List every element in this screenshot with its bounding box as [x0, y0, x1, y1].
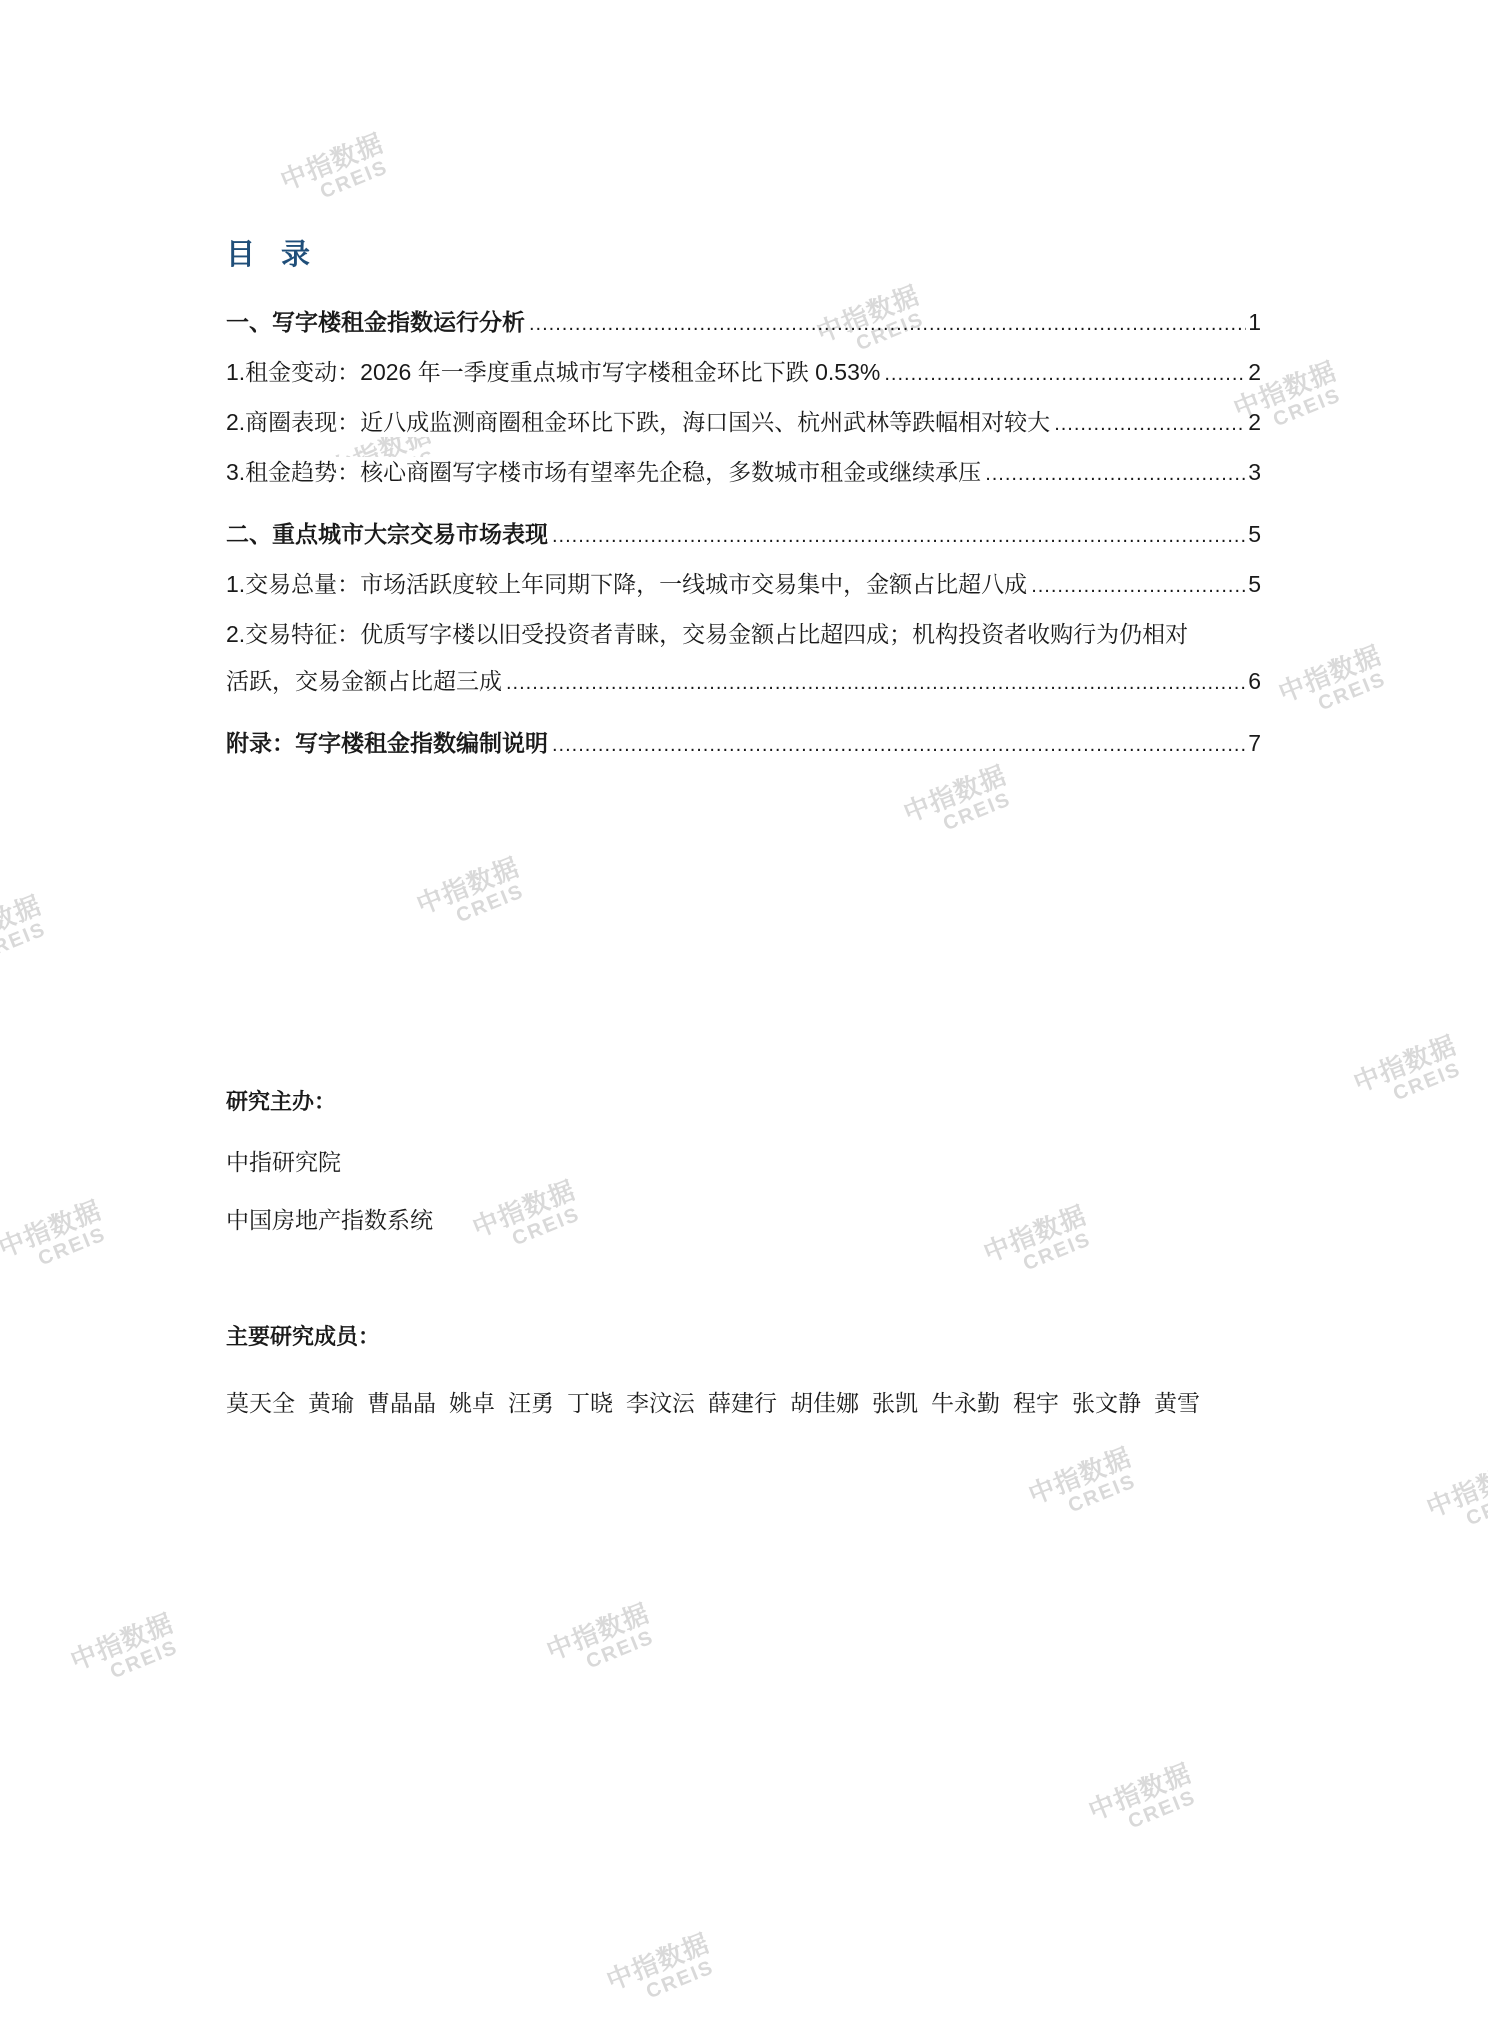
toc-title-part1: 目 [226, 239, 255, 271]
toc-entry-label: 附录：写字楼租金指数编制说明 [226, 728, 552, 758]
document-page: 中指数据CREIS 中指数据CREIS 中指数据CREIS 中指数据CREIS … [0, 0, 1488, 2019]
member-name: 张文静 [1072, 1385, 1141, 1418]
toc-leader-dots [552, 730, 1246, 760]
toc-leader-dots [506, 668, 1246, 698]
toc-leader-dots [985, 459, 1246, 489]
members-heading: 主要研究成员： [226, 1320, 380, 1351]
toc-entry-label: 1.租金变动：2026 年一季度重点城市写字楼租金环比下跌 0.53% [226, 357, 884, 387]
toc-page-number: 1 [1246, 307, 1261, 337]
watermark: 中指数据CREIS [543, 1600, 661, 1685]
member-name: 薛建行 [708, 1385, 777, 1418]
member-name: 牛永勤 [931, 1385, 1000, 1418]
toc-page-number: 2 [1246, 357, 1261, 387]
member-name: 黄雪 [1154, 1385, 1200, 1418]
toc-page-number: 5 [1246, 519, 1261, 549]
table-of-contents: 一、写字楼租金指数运行分析 1 1.租金变动：2026 年一季度重点城市写字楼租… [226, 307, 1261, 760]
watermark: 中指数据CREIS [469, 1177, 587, 1262]
toc-entry-business-district[interactable]: 2.商圈表现：近八成监测商圈租金环比下跌，海口国兴、杭州武林等跌幅相对较大 2 [226, 407, 1261, 439]
member-name: 丁晓 [567, 1385, 613, 1418]
toc-entry-section-1[interactable]: 一、写字楼租金指数运行分析 1 [226, 307, 1261, 339]
member-name: 莫天全 [226, 1385, 295, 1418]
watermark: 中指数据CREIS [1423, 1457, 1488, 1542]
toc-entry-label: 3.租金趋势：核心商圈写字楼市场有望率先企稳，多数城市租金或继续承压 [226, 457, 985, 487]
member-name: 程宇 [1013, 1385, 1059, 1418]
members-list: 莫天全 黄瑜 曹晶晶 姚卓 汪勇 丁晓 李汶沄 薛建行 胡佳娜 张凯 牛永勤 程… [226, 1385, 1200, 1418]
toc-entry-line2: 活跃，交易金额占比超三成 6 [226, 666, 1261, 698]
toc-entry-label-line2: 活跃，交易金额占比超三成 [226, 666, 506, 696]
watermark: 中指数据CREIS [980, 1202, 1098, 1287]
toc-entry-rent-trend[interactable]: 3.租金趋势：核心商圈写字楼市场有望率先企稳，多数城市租金或继续承压 3 [226, 457, 1261, 489]
toc-leader-dots [529, 309, 1246, 339]
toc-entry-label-line1: 2.交易特征：优质写字楼以旧受投资者青睐，交易金额占比超四成；机构投资者收购行为… [226, 619, 1261, 649]
toc-entry-rent-change[interactable]: 1.租金变动：2026 年一季度重点城市写字楼租金环比下跌 0.53% 2 [226, 357, 1261, 389]
member-name: 黄瑜 [308, 1385, 354, 1418]
member-name: 张凯 [872, 1385, 918, 1418]
member-name: 汪勇 [508, 1385, 554, 1418]
watermark: 中指数据CREIS [900, 762, 1018, 847]
toc-entry-label: 二、重点城市大宗交易市场表现 [226, 519, 552, 549]
member-name: 李汶沄 [626, 1385, 695, 1418]
watermark: 中指数据CREIS [1275, 642, 1393, 727]
watermark: 中指数据CREIS [603, 1930, 721, 2015]
toc-entry-section-2[interactable]: 二、重点城市大宗交易市场表现 5 [226, 519, 1261, 551]
toc-leader-dots [1054, 409, 1246, 439]
watermark: 中指数据CREIS [413, 854, 531, 939]
toc-page-number: 6 [1246, 666, 1261, 696]
sponsor-item: 中国房地产指数系统 [226, 1202, 433, 1235]
sponsors-heading: 研究主办： [226, 1085, 336, 1116]
toc-page-number: 2 [1246, 407, 1261, 437]
toc-entry-label: 1.交易总量：市场活跃度较上年同期下降，一线城市交易集中，金额占比超八成 [226, 569, 1031, 599]
member-name: 曹晶晶 [367, 1385, 436, 1418]
watermark: 中指数据CREIS [1025, 1444, 1143, 1529]
toc-entry-label: 2.商圈表现：近八成监测商圈租金环比下跌，海口国兴、杭州武林等跌幅相对较大 [226, 407, 1054, 437]
watermark: 中指数据CREIS [67, 1610, 185, 1695]
toc-page-number: 7 [1246, 728, 1261, 758]
toc-page-number: 3 [1246, 457, 1261, 487]
member-name: 胡佳娜 [790, 1385, 859, 1418]
toc-entry-label: 一、写字楼租金指数运行分析 [226, 307, 529, 337]
toc-leader-dots [1031, 571, 1246, 601]
toc-entry-transaction-volume[interactable]: 1.交易总量：市场活跃度较上年同期下降，一线城市交易集中，金额占比超八成 5 [226, 569, 1261, 601]
toc-leader-dots [884, 359, 1246, 389]
watermark: 中指数据CREIS [1085, 1760, 1203, 1845]
watermark: 中指数据CREIS [1350, 1032, 1468, 1117]
toc-page-number: 5 [1246, 569, 1261, 599]
toc-leader-dots [552, 521, 1246, 551]
toc-entry-transaction-features[interactable]: 2.交易特征：优质写字楼以旧受投资者青睐，交易金额占比超四成；机构投资者收购行为… [226, 619, 1261, 698]
watermark: 中指数据CREIS [0, 892, 53, 977]
toc-title-part2: 录 [281, 239, 310, 271]
toc-title: 目录 [226, 232, 310, 273]
member-name: 姚卓 [449, 1385, 495, 1418]
watermark: 中指数据CREIS [277, 130, 395, 215]
sponsor-item: 中指研究院 [226, 1144, 341, 1177]
toc-entry-appendix[interactable]: 附录：写字楼租金指数编制说明 7 [226, 728, 1261, 760]
watermark: 中指数据CREIS [0, 1197, 113, 1282]
